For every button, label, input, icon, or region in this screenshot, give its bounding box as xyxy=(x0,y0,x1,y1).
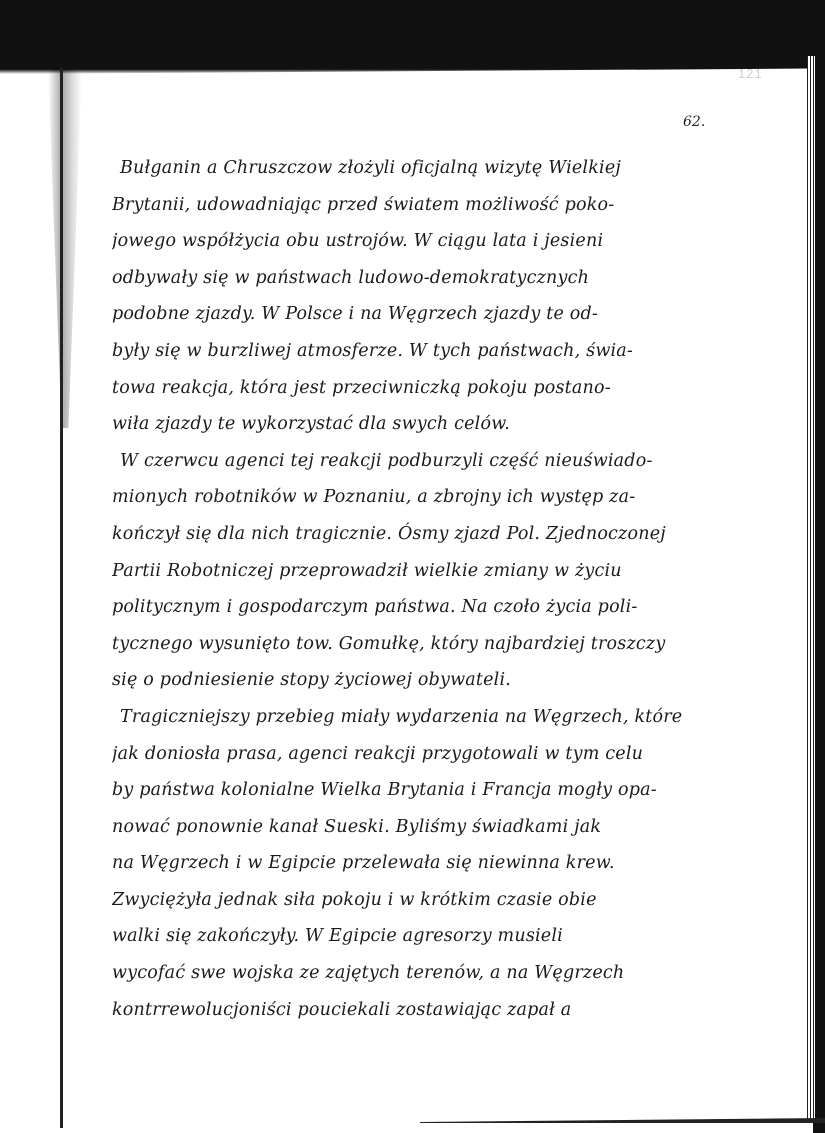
scan-background-top xyxy=(0,0,825,68)
text-line: Partii Robotniczej przeprowadził wielkie… xyxy=(112,553,712,590)
text-line: mionych robotników w Poznaniu, a zbrojny… xyxy=(112,479,712,516)
text-line: Tragiczniejszy przebieg miały wydarzenia… xyxy=(112,699,712,736)
text-line: kontrrewolucjoniści pouciekali zostawiaj… xyxy=(112,992,712,1029)
text-line: towa reakcja, która jest przeciwniczką p… xyxy=(112,370,712,407)
notebook-page-edges xyxy=(807,56,815,1122)
text-line: jowego współżycia obu ustrojów. W ciągu … xyxy=(112,223,712,260)
text-line: tycznego wysunięto tow. Gomułkę, który n… xyxy=(112,626,712,663)
text-line: na Węgrzech i w Egipcie przelewała się n… xyxy=(112,845,712,882)
page-bottom-edge xyxy=(420,1118,825,1123)
text-line: walki się zakończyły. W Egipcie agresorz… xyxy=(112,918,712,955)
text-line: odbywały się w państwach ludowo-demokrat… xyxy=(112,260,712,297)
scanned-page: 121 62. Bułganin a Chruszczow złożyli of… xyxy=(0,0,825,1133)
text-line: wycofać swe wojska ze zajętych terenów, … xyxy=(112,955,712,992)
archive-stamp-number: 121 xyxy=(738,66,763,81)
text-line: wiła zjazdy te wykorzystać dla swych cel… xyxy=(112,406,712,443)
text-line: się o podniesienie stopy życiowej obywat… xyxy=(112,662,712,699)
handwritten-text-body: Bułganin a Chruszczow złożyli oficjalną … xyxy=(112,150,712,1028)
text-line: by państwa kolonialne Wielka Brytania i … xyxy=(112,772,712,809)
text-line: politycznym i gospodarczym państwa. Na c… xyxy=(112,589,712,626)
page-number: 62. xyxy=(683,114,705,130)
text-line: były się w burzliwej atmosferze. W tych … xyxy=(112,333,712,370)
text-line: Zwyciężyła jednak siła pokoju i w krótki… xyxy=(112,882,712,919)
text-line: Bułganin a Chruszczow złożyli oficjalną … xyxy=(112,150,712,187)
text-line: nować ponownie kanał Sueski. Byliśmy świ… xyxy=(112,809,712,846)
left-margin-line xyxy=(60,68,63,1128)
binding-shadow xyxy=(48,68,82,428)
text-line: kończył się dla nich tragicznie. Ósmy zj… xyxy=(112,516,712,553)
text-line: jak doniosła prasa, agenci reakcji przyg… xyxy=(112,736,712,773)
text-line: podobne zjazdy. W Polsce i na Węgrzech z… xyxy=(112,296,712,333)
text-line: W czerwcu agenci tej reakcji podburzyli … xyxy=(112,443,712,480)
text-line: Brytanii, udowadniając przed światem moż… xyxy=(112,187,712,224)
